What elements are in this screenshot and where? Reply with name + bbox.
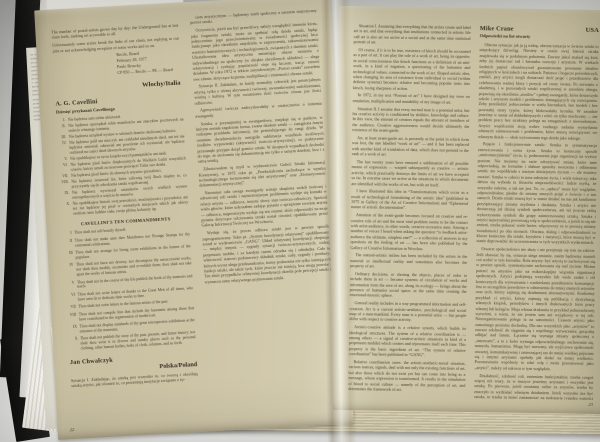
body-paragraph: Situation I. Assuming that everything th…: [354, 23, 471, 46]
body-paragraph: Pojęcie i funkcjonowanie sztuki: Sztuka …: [476, 142, 597, 246]
artist-name-crane: Mike Crane: [480, 25, 514, 33]
commandment-numeral: V.: [58, 157, 70, 162]
chwalczyk-text-en: Situation I. Assuming that everything th…: [348, 23, 471, 393]
commandment-numeral: IX.: [60, 191, 72, 201]
commandment-numeral: VI: [66, 293, 78, 303]
body-paragraph: Relative coordination cases: the artisti…: [348, 359, 465, 393]
body-paragraph: Attention of the avant-garde becomes foc…: [350, 212, 468, 252]
commandment-numeral: V: [65, 280, 77, 290]
commandment-text: Thou shalt not publish the story of thy …: [80, 330, 196, 351]
right-page-column-1: Situation I. Assuming that everything th…: [348, 23, 471, 400]
book-photograph: na wystawie prac znalazły się reprodukcj…: [0, 0, 600, 442]
body-paragraph: Artistic-creative attitude is a relative…: [349, 324, 466, 358]
body-paragraph: Natomiast cała uwaga awangardy zostaje s…: [200, 184, 329, 229]
bruscky-signature-block: Recife, BrazilFebruary 28, 1977Paulo Bru…: [116, 49, 181, 75]
left-page-number: 22: [70, 427, 75, 432]
crane-subtitle-pl: Odpowiedzi na list otwarty: [480, 33, 599, 40]
body-paragraph: Działalność, zdolność roli, zmieniam fun…: [474, 373, 593, 400]
right-page-column-2: Mike Crane USA Odpowiedzi na list otwart…: [474, 25, 599, 400]
commandment-numeral: II.: [57, 124, 69, 134]
right-page-number: 23: [588, 402, 593, 407]
body-paragraph: Sztuka, a przynajmniej ta awangardowa, z…: [196, 114, 325, 164]
commandment-numeral: IX: [68, 325, 80, 335]
left-page-column-2: ciem artystycznym — będziemy mieli społe…: [190, 8, 339, 419]
commandment-numeral: VII: [67, 305, 79, 310]
body-paragraph: Oczywiście, jeżeli ma być prawdziwy, nal…: [190, 21, 320, 82]
body-paragraph: Otwarte społeczeństwo nie służy i nie pr…: [474, 246, 595, 372]
right-page: Situation I. Assuming that everything th…: [333, 6, 600, 414]
left-page-column-1: The number of postal-artists grows day b…: [51, 23, 200, 423]
body-paragraph: Obecna sytuacja: jak ja ją widzę, obecna…: [478, 42, 599, 141]
body-paragraph: The natural-artistic milieu has been inc…: [350, 252, 467, 270]
chwalczyk-text-pl: ciem artystycznym — będziemy mieli społe…: [190, 8, 332, 285]
body-paragraph: Wydaje się, że proces odbioru sztuki jes…: [202, 224, 332, 285]
commandment-numeral: VIII: [67, 312, 79, 322]
commandment-numeral: I: [63, 231, 75, 236]
body-paragraph: Situation II. I assume that every normal…: [352, 106, 469, 135]
body-paragraph: In 1972, in my text “Portrait of art” I …: [353, 93, 470, 106]
commandment-numeral: III.: [57, 135, 69, 140]
crane-text-pl: Obecna sytuacja: jak ja ją widzę, obecna…: [474, 42, 599, 400]
commandment-numeral: II: [63, 239, 75, 249]
body-paragraph: General reality includes in a way progra…: [349, 300, 466, 323]
commandment-numeral: VIII.: [60, 180, 72, 190]
commandment-numeral: III: [64, 251, 76, 261]
commandment-numeral: I.: [56, 118, 68, 123]
region-header-italy: Włochy/Italia: [55, 80, 181, 94]
commandment-numeral: X: [69, 337, 81, 352]
commandment-numeral: IV: [64, 263, 76, 278]
region-header-usa: USA: [586, 27, 599, 34]
left-page: The number of postal-artists grows day b…: [34, 0, 354, 440]
body-paragraph: Ordinary decisions, or chosing the objec…: [350, 271, 467, 300]
commandment-numeral: VII.: [59, 174, 71, 179]
cavellini-commandments-en: I Thou shalt not self beatify thyself. I…: [63, 225, 197, 352]
cavellini-commandments-pl: I. Nie będziesz sam siebie ubóstwiał. II…: [56, 112, 188, 217]
commandment-numeral: VI.: [59, 163, 71, 173]
commandment-numeral: IV.: [58, 141, 70, 156]
body-paragraph: I have illustrated this idea in “Transfo…: [351, 188, 468, 211]
body-paragraph: Art, at least avant-garde art, is presen…: [352, 135, 469, 158]
body-paragraph: The last twenty years have ensured a sub…: [351, 159, 468, 188]
body-paragraph: Of course, if it is to be true, existenc…: [353, 47, 471, 92]
commandment-numeral: X.: [61, 202, 73, 217]
